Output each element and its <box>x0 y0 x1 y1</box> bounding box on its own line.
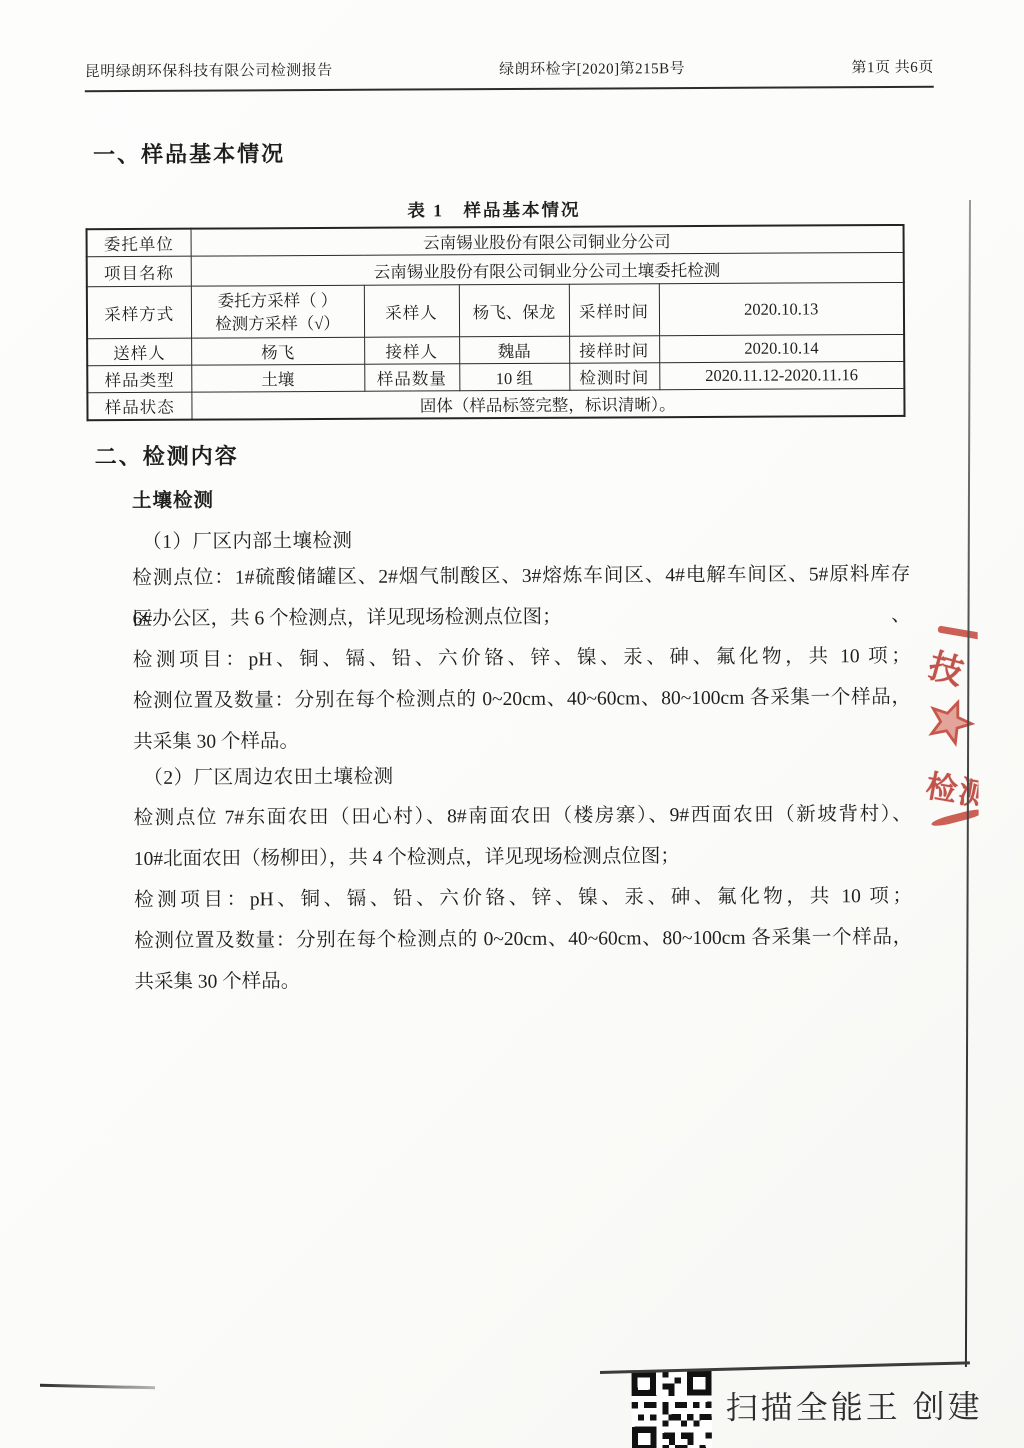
page-content: 昆明绿朗环保科技有限公司检测报告 绿朗环检字[2020]第215B号 第1页 共… <box>0 0 1024 1448</box>
part2-line: 检测位置及数量：分别在每个检测点的 0~20cm、40~60cm、80~100c… <box>134 917 912 962</box>
cell-receive-time-label: 接样时间 <box>569 336 659 363</box>
table-row: 采样方式 委托方采样（ ） 检测方采样（√） 采样人 杨飞、保龙 采样时间 20… <box>87 282 904 338</box>
sampling-by-client-option: 委托方采样（ ） <box>194 288 360 312</box>
part1-line: 检测项目：pH、铜、镉、铅、六价铬、锌、镍、汞、砷、氟化物，共 10 项； <box>133 636 911 681</box>
cell-sampling-time-label: 采样时间 <box>569 284 659 336</box>
part1-line: 检测位置及数量：分别在每个检测点的 0~20cm、40~60cm、80~100c… <box>133 677 911 722</box>
table-row: 送样人 杨飞 接样人 魏晶 接样时间 2020.10.14 <box>87 334 904 365</box>
scanned-report-page: 昆明绿朗环保科技有限公司检测报告 绿朗环检字[2020]第215B号 第1页 共… <box>0 0 1024 1448</box>
cell-sample-state-value: 固体（样品标签完整，标识清晰）。 <box>191 388 904 419</box>
soil-test-subheading: 土壤检测 <box>132 485 214 513</box>
part2-line: 检测点位 7#东面农田（田心村）、8#南面农田（楼房寨）、9#西面农田（新坡背村… <box>134 794 912 839</box>
cell-sample-state-label: 样品状态 <box>87 392 191 420</box>
header-doc-number: 绿朗环检字[2020]第215B号 <box>499 57 685 79</box>
cell-receiver-label: 接样人 <box>364 337 459 364</box>
qr-code-icon <box>632 1371 712 1448</box>
cell-sample-type-value: 土壤 <box>191 364 364 392</box>
part2-paragraph: 检测点位 7#东面农田（田心村）、8#南面农田（楼房寨）、9#西面农田（新坡背村… <box>134 794 913 1003</box>
cell-sampling-method-value: 委托方采样（ ） 检测方采样（√） <box>191 285 364 338</box>
page-header: 昆明绿朗环保科技有限公司检测报告 绿朗环检字[2020]第215B号 第1页 共… <box>85 56 934 92</box>
star-icon <box>919 691 979 753</box>
cell-sampling-time-value: 2020.10.13 <box>659 282 904 335</box>
cell-sampling-method-label: 采样方式 <box>87 286 191 339</box>
cell-sample-count-value: 10 组 <box>459 363 569 391</box>
cell-project-value: 云南锡业股份有限公司铜业分公司土壤委托检测 <box>191 252 904 286</box>
sample-info-table: 委托单位 云南锡业股份有限公司铜业分公司 项目名称 云南锡业股份有限公司铜业分公… <box>86 224 906 421</box>
table-row: 项目名称 云南锡业股份有限公司铜业分公司土壤委托检测 <box>87 252 904 286</box>
cell-sample-type-label: 样品类型 <box>87 365 191 393</box>
part2-line: 共采集 30 个样品。 <box>134 958 912 1003</box>
cell-sampler-value: 杨飞、保龙 <box>459 284 569 337</box>
table-caption: 表 1 样品基本情况 <box>85 195 902 224</box>
part2-title: （2）厂区周边农田土壤检测 <box>143 761 393 790</box>
cell-sampler-label: 采样人 <box>364 285 459 337</box>
cell-receive-time-value: 2020.10.14 <box>659 334 904 362</box>
seal-character-top: 技 <box>924 638 970 694</box>
cell-deliverer-label: 送样人 <box>87 338 191 366</box>
seal-border-stroke <box>937 625 978 640</box>
table-row: 样品类型 土壤 样品数量 10 组 检测时间 2020.11.12-2020.1… <box>87 361 904 392</box>
part1-title: （1）厂区内部土壤检测 <box>142 525 352 554</box>
cell-client-value: 云南锡业股份有限公司铜业分公司 <box>191 225 904 256</box>
table-row: 委托单位 云南锡业股份有限公司铜业分公司 <box>87 225 904 257</box>
part2-line: 10#北面农田（杨柳田），共 4 个检测点，详见现场检测点位图； <box>134 835 912 880</box>
cell-project-label: 项目名称 <box>87 256 191 287</box>
cell-test-time-value: 2020.11.12-2020.11.16 <box>659 361 904 389</box>
part1-line: 共采集 30 个样品。 <box>133 718 911 763</box>
sampling-by-lab-option: 检测方采样（√） <box>194 311 360 335</box>
cell-client-label: 委托单位 <box>87 229 191 257</box>
cell-sample-count-label: 样品数量 <box>364 364 459 391</box>
section1-heading: 一、样品基本情况 <box>93 137 285 169</box>
section2-heading: 二、检测内容 <box>95 439 239 471</box>
scanner-credit-text: 扫描全能王 创建 <box>726 1382 983 1429</box>
header-report-title: 昆明绿朗环保科技有限公司检测报告 <box>85 59 333 81</box>
table-row: 样品状态 固体（样品标签完整，标识清晰）。 <box>87 388 904 420</box>
part1-line: 检测点位：1#硫酸储罐区、2#烟气制酸区、3#熔炼车间区、4#电解车间区、5#原… <box>132 554 910 599</box>
part1-paragraph: 检测点位：1#硫酸储罐区、2#烟气制酸区、3#熔炼车间区、4#电解车间区、5#原… <box>132 554 911 763</box>
cell-deliverer-value: 杨飞 <box>191 337 364 365</box>
header-page-info: 第1页 共6页 <box>851 56 933 77</box>
part2-line: 检测项目：pH、铜、镉、铅、六价铬、锌、镍、汞、砷、氟化物，共 10 项； <box>134 876 912 921</box>
cell-test-time-label: 检测时间 <box>569 363 659 390</box>
seal-character-bottom: 检测 <box>923 760 979 815</box>
cell-receiver-value: 魏晶 <box>459 336 569 364</box>
